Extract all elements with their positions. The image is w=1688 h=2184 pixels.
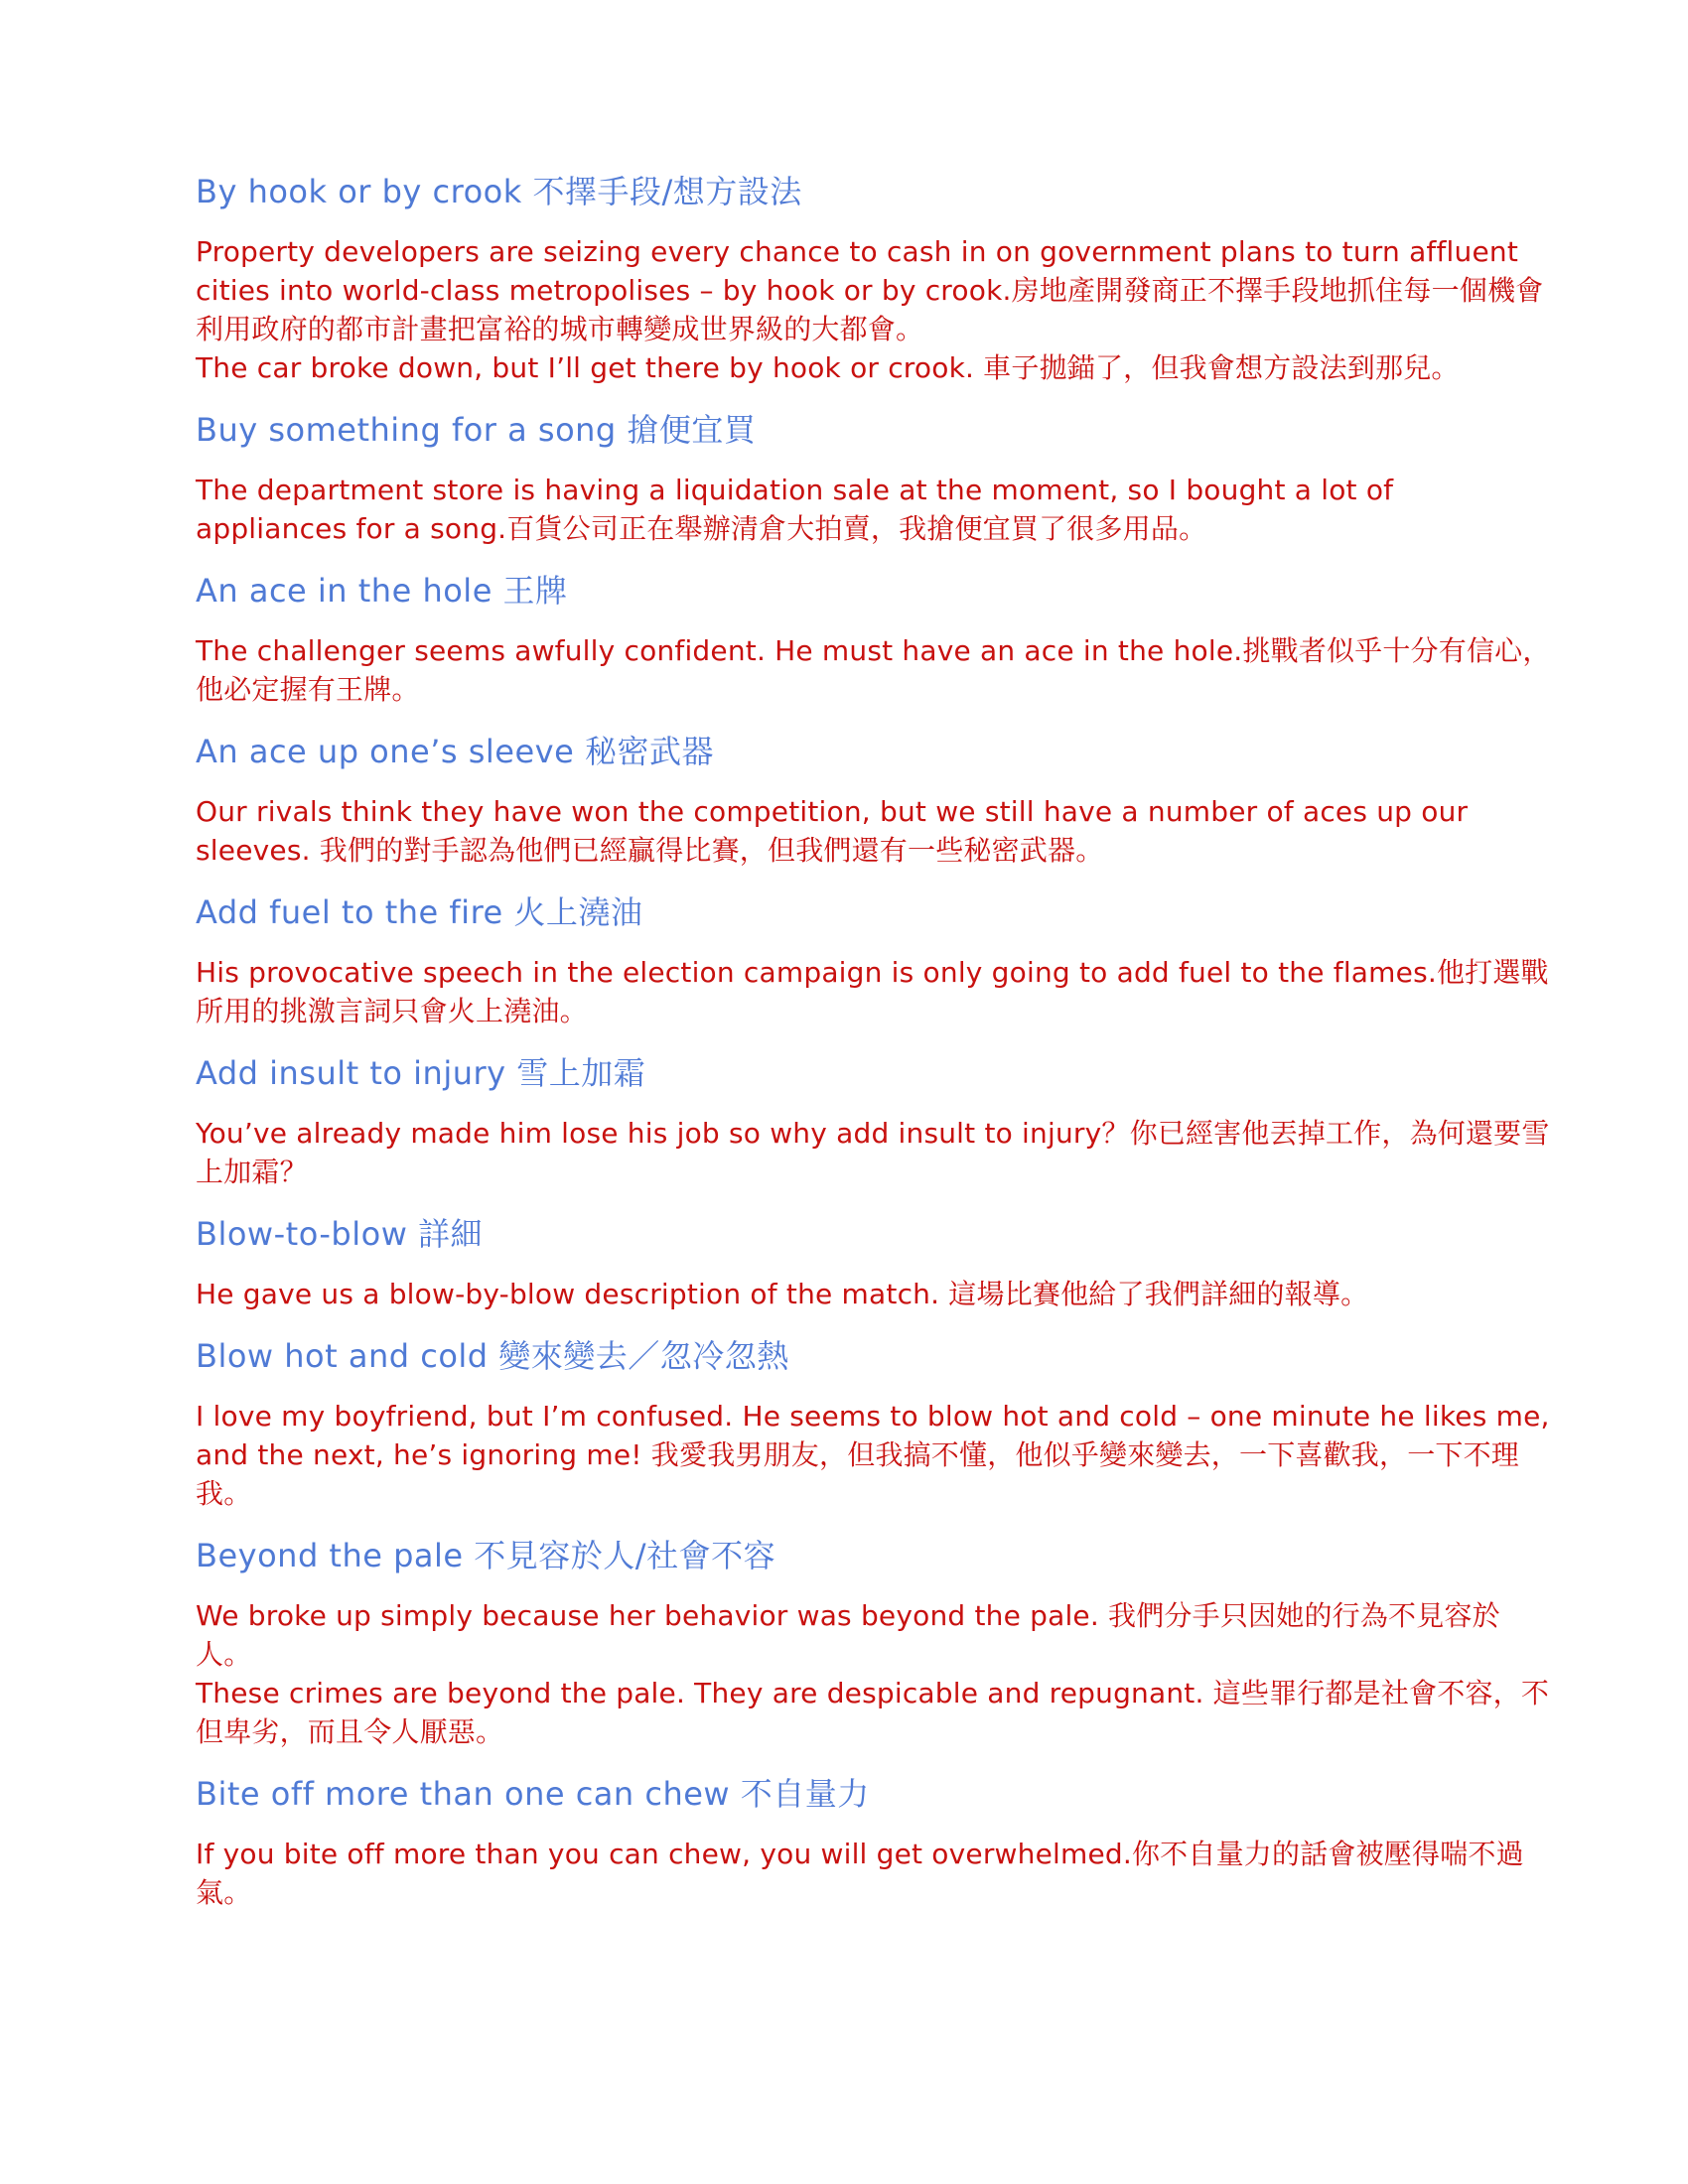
document-page: By hook or by crook 不擇手段/想方設法Property de…	[0, 0, 1688, 2184]
example-block: I love my boyfriend, but I’m confused. H…	[196, 1397, 1552, 1513]
example-sentence: We broke up simply because her behavior …	[196, 1596, 1552, 1674]
idiom-section: An ace up one’s sleeve 秘密武器Our rivals th…	[196, 731, 1552, 870]
example-block: We broke up simply because her behavior …	[196, 1596, 1552, 1751]
example-block: Property developers are seizing every ch…	[196, 232, 1552, 387]
example-sentence: The car broke down, but I’ll get there b…	[196, 348, 1552, 387]
idiom-heading: By hook or by crook 不擇手段/想方設法	[196, 171, 1552, 212]
idiom-heading: Beyond the pale 不見容於人/社會不容	[196, 1535, 1552, 1576]
idiom-section: Blow-to-blow 詳細He gave us a blow-by-blow…	[196, 1213, 1552, 1313]
idiom-heading: Buy something for a song 搶便宜買	[196, 409, 1552, 451]
idiom-section: Add insult to injury 雪上加霜You’ve already …	[196, 1052, 1552, 1191]
example-sentence: I love my boyfriend, but I’m confused. H…	[196, 1397, 1552, 1513]
idiom-heading: An ace up one’s sleeve 秘密武器	[196, 731, 1552, 772]
example-block: You’ve already made him lose his job so …	[196, 1114, 1552, 1191]
example-block: If you bite off more than you can chew, …	[196, 1835, 1552, 1912]
idiom-section: Beyond the pale 不見容於人/社會不容We broke up si…	[196, 1535, 1552, 1751]
example-sentence: You’ve already made him lose his job so …	[196, 1114, 1552, 1191]
idiom-list: By hook or by crook 不擇手段/想方設法Property de…	[196, 171, 1552, 1912]
idiom-section: Bite off more than one can chew 不自量力If y…	[196, 1773, 1552, 1912]
example-sentence: He gave us a blow-by-blow description of…	[196, 1275, 1552, 1313]
idiom-section: Add fuel to the fire 火上澆油His provocative…	[196, 891, 1552, 1030]
example-block: He gave us a blow-by-blow description of…	[196, 1275, 1552, 1313]
idiom-heading: Blow-to-blow 詳細	[196, 1213, 1552, 1255]
idiom-section: By hook or by crook 不擇手段/想方設法Property de…	[196, 171, 1552, 387]
idiom-heading: Blow hot and cold 變來變去／忽冷忽熱	[196, 1335, 1552, 1377]
idiom-section: Buy something for a song 搶便宜買The departm…	[196, 409, 1552, 548]
example-block: The challenger seems awfully confident. …	[196, 631, 1552, 709]
example-sentence: If you bite off more than you can chew, …	[196, 1835, 1552, 1912]
example-block: Our rivals think they have won the compe…	[196, 792, 1552, 870]
example-sentence: His provocative speech in the election c…	[196, 953, 1552, 1030]
example-sentence: The department store is having a liquida…	[196, 471, 1552, 548]
example-sentence: Our rivals think they have won the compe…	[196, 792, 1552, 870]
idiom-section: An ace in the hole 王牌The challenger seem…	[196, 570, 1552, 709]
example-block: The department store is having a liquida…	[196, 471, 1552, 548]
idiom-heading: Bite off more than one can chew 不自量力	[196, 1773, 1552, 1815]
idiom-heading: Add fuel to the fire 火上澆油	[196, 891, 1552, 933]
idiom-section: Blow hot and cold 變來變去／忽冷忽熱I love my boy…	[196, 1335, 1552, 1513]
example-sentence: These crimes are beyond the pale. They a…	[196, 1674, 1552, 1751]
idiom-heading: Add insult to injury 雪上加霜	[196, 1052, 1552, 1094]
idiom-heading: An ace in the hole 王牌	[196, 570, 1552, 612]
example-block: His provocative speech in the election c…	[196, 953, 1552, 1030]
example-sentence: The challenger seems awfully confident. …	[196, 631, 1552, 709]
example-sentence: Property developers are seizing every ch…	[196, 232, 1552, 348]
